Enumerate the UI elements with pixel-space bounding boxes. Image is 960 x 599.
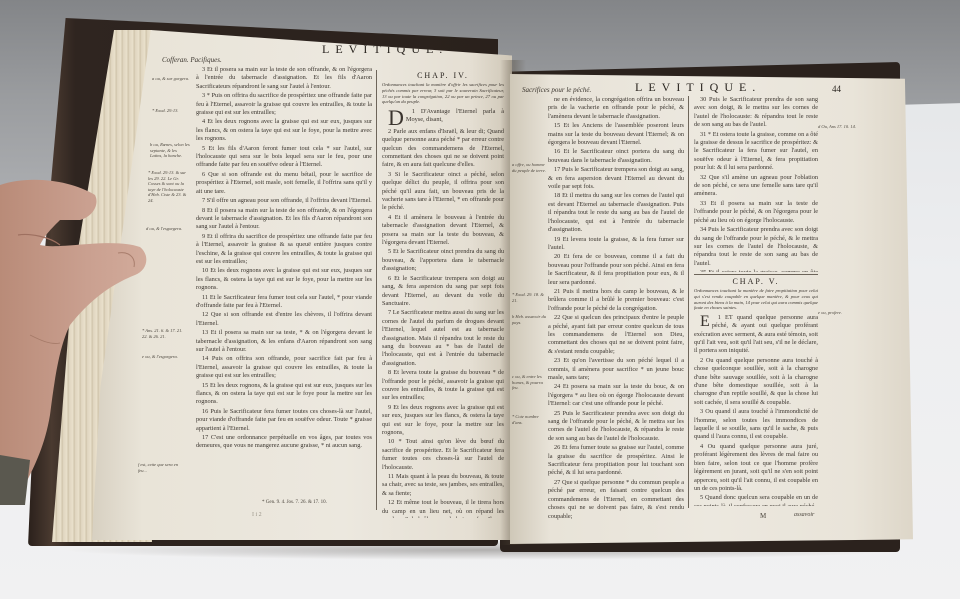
page-number: 44 bbox=[832, 84, 841, 94]
margin-note: d Ou, Ans 17. 10. 14. bbox=[818, 124, 858, 130]
margin-note: b ou, Rœnes, selon les septante, & les L… bbox=[150, 142, 190, 159]
margin-note: * Cote nombre d'ans. bbox=[512, 414, 546, 425]
book-title-right: LEVITIQUE. bbox=[635, 80, 761, 95]
chapter-summary: Ordonnances touchant la manière d'offrir… bbox=[382, 82, 504, 104]
footnote: * Gen. 9. 4. Jos. 7. 26. & 17. 10. bbox=[262, 500, 327, 505]
margin-note: * Exod. 29. 18. & 21. bbox=[512, 292, 546, 303]
margin-note: * Exod. 29:13. bbox=[152, 108, 192, 114]
running-head-left: Cofferan. Pacifiques. bbox=[162, 56, 222, 64]
signature-mark: M bbox=[760, 512, 766, 520]
left-column-b: CHAP. IV. Ordonnances touchant la manièr… bbox=[382, 70, 504, 518]
margin-note: e ou, profere. bbox=[818, 310, 858, 316]
margin-note: a offre, ou homme du peuple de terre. bbox=[512, 162, 546, 173]
left-column-a: 3 Et il posera sa main sur la teste de s… bbox=[196, 66, 372, 496]
right-column-a: ne en évidence, la congrégation offrira … bbox=[548, 96, 684, 520]
column-rule bbox=[688, 96, 689, 508]
margin-note: a ou, & sur gorgera. bbox=[152, 76, 192, 82]
signature-mark: I i 2 bbox=[252, 512, 262, 518]
column-rule bbox=[376, 70, 377, 510]
drop-cap: D bbox=[382, 108, 404, 128]
chapter-v-column: CHAP. V. Ordonnances touchant la manière… bbox=[694, 276, 818, 506]
margin-note: c ou, & entre les homes, & pourra feu. bbox=[512, 374, 546, 391]
chapter-heading: CHAP. IV. bbox=[382, 72, 504, 80]
chapter-heading: CHAP. V. bbox=[694, 278, 818, 286]
right-page[interactable]: Sacrifices pour le péché. LEVITIQUE. 44 … bbox=[510, 74, 913, 544]
hand bbox=[0, 175, 160, 505]
margin-note: b Heb. assavoir du pays. bbox=[512, 314, 546, 325]
catchword: assavoir bbox=[794, 512, 814, 518]
drop-cap: E bbox=[694, 314, 710, 329]
chapter-divider bbox=[694, 274, 818, 275]
chapter-summary: Ordonnances touchant la manière de faire… bbox=[694, 288, 818, 310]
right-column-b: 30 Puis le Sacrificateur prendra de son … bbox=[694, 96, 818, 272]
running-head-right: Sacrifices pour le péché. bbox=[522, 86, 591, 94]
